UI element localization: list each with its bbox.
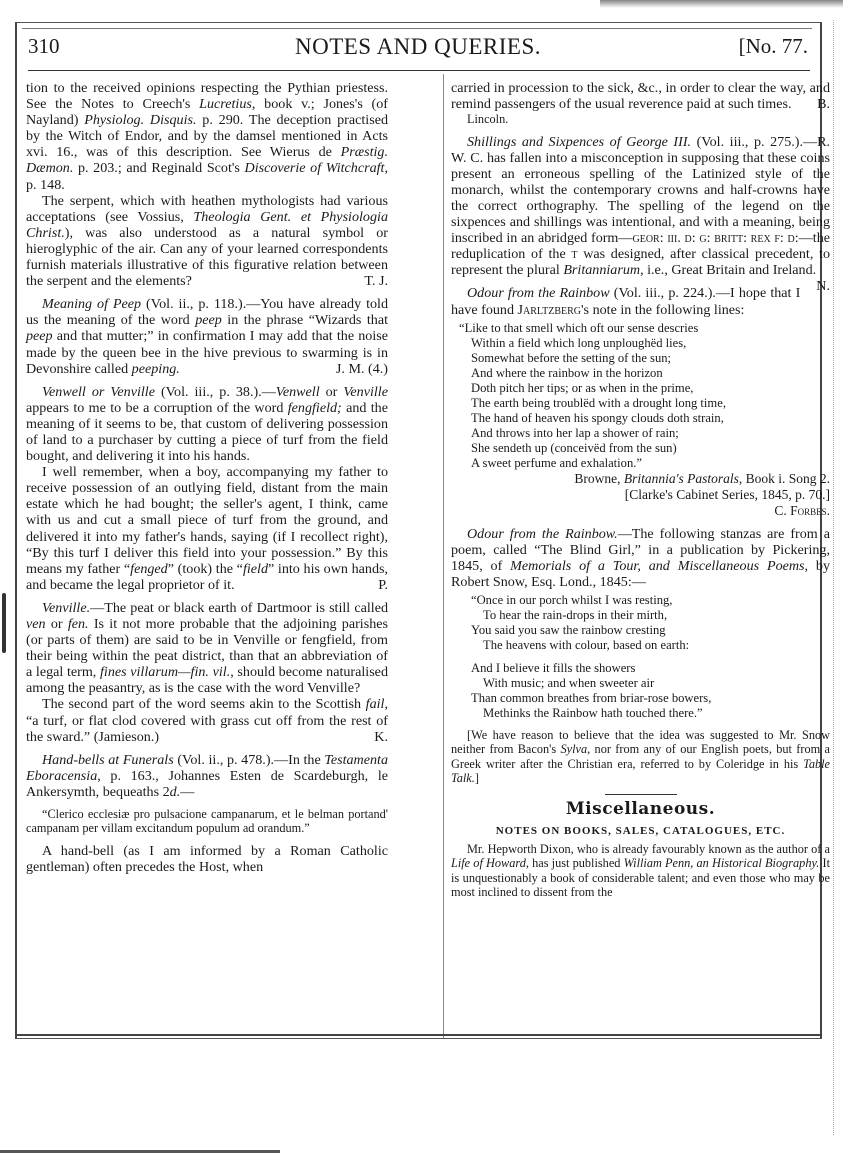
verse-line: Within a field which long unploughëd lie…	[459, 336, 830, 351]
page-header: 310 NOTES AND QUERIES. [No. 77.	[28, 34, 808, 64]
text-span: or	[320, 384, 344, 400]
signature: B.	[817, 96, 830, 112]
verse-line: Doth pitch her tips; or as when in the p…	[459, 381, 830, 396]
text-span: (Vol. ii., p. 478.).—In the	[174, 752, 325, 768]
text-span: or	[46, 616, 68, 632]
article-title: Shillings and Sixpences of George III.	[467, 134, 691, 150]
text-span: ), was also understood as a natural symb…	[26, 225, 388, 289]
left-column: tion to the received opinions respecting…	[26, 80, 388, 875]
text-span: The second part of the word seems akin t…	[42, 696, 366, 712]
page-edge-right	[833, 20, 834, 1135]
verse-line: And I believe it fills the showers	[459, 661, 830, 676]
verse-line: “Like to that smell which oft our sense …	[459, 321, 830, 336]
text-span: (Vol. iii., p. 38.).—	[155, 384, 276, 400]
text-span: Discoverie of Witchcraft	[245, 160, 385, 176]
page-edge-shadow	[600, 0, 843, 8]
latin-quote: “Clerico ecclesiæ pro pulsacione campana…	[26, 807, 388, 836]
paragraph-pythian: tion to the received opinions respecting…	[26, 80, 388, 193]
editor-note: [We have reason to believe that the idea…	[451, 728, 830, 786]
verse-line: You said you saw the rainbow cresting	[459, 623, 830, 638]
section-subheading: NOTES ON BOOKS, SALES, CATALOGUES, ETC.	[451, 823, 830, 839]
article-odour-from-rainbow: Odour from the Rainbow (Vol. iii., p. 22…	[451, 285, 830, 317]
column-divider	[443, 74, 444, 1038]
section-rule	[605, 794, 677, 795]
text-span: ven	[26, 616, 46, 632]
article-venwell: Venwell or Venville (Vol. iii., p. 38.).…	[26, 384, 388, 464]
article-title: Hand-bells at Funerals	[42, 752, 174, 768]
article-title: Venville.	[42, 600, 90, 616]
text-span: Browne,	[574, 471, 624, 486]
text-span: , has just published	[526, 856, 624, 870]
article-title: Venwell or Venville	[42, 384, 155, 400]
text-span: d.	[170, 784, 181, 800]
text-span: fail	[366, 696, 385, 712]
text-span: Venville	[343, 384, 388, 400]
text-span: Lucretius	[199, 96, 252, 112]
article-meaning-of-peep: Meaning of Peep (Vol. ii., p. 118.).—You…	[26, 296, 388, 376]
signature: P.	[362, 577, 388, 593]
paragraph-continued: carried in procession to the sick, &c., …	[451, 80, 830, 112]
text-span: Venwell	[276, 384, 320, 400]
paragraph-serpent: The serpent, which with heathen mytholog…	[26, 193, 388, 290]
text-span: —	[180, 784, 194, 800]
top-rule	[22, 28, 812, 29]
article-title: Odour from the Rainbow	[467, 285, 610, 301]
header-rule	[28, 70, 810, 71]
paragraph-remember: I well remember, when a boy, accompanyin…	[26, 464, 388, 593]
verse-line: “Once in our porch whilst I was resting,	[459, 593, 830, 608]
verse-line: With music; and when sweeter air	[459, 676, 830, 691]
binding-mark	[2, 593, 6, 653]
page-edge-bottom	[0, 1150, 280, 1153]
text-span: fen.	[68, 616, 89, 632]
text-span: Britannia's Pastorals	[624, 471, 739, 486]
text-span: Britanniarum	[563, 262, 640, 278]
text-span: field	[243, 561, 268, 577]
paragraph-second-part: The second part of the word seems akin t…	[26, 696, 388, 744]
text-span: 's note in the following lines:	[581, 302, 744, 318]
article-title: Meaning of Peep	[42, 296, 141, 312]
citation-browne: Browne, Britannia's Pastorals, Book i. S…	[451, 471, 830, 519]
verse-line: Somewhat before the setting of the sun;	[459, 351, 830, 366]
poem-browne: “Like to that smell which oft our sense …	[459, 321, 830, 471]
verse-line: The earth being troublëd with a drought …	[459, 396, 830, 411]
text-span: peep	[26, 328, 53, 344]
text-span: Sylva	[561, 742, 588, 756]
text-span: [Clarke's Cabinet Series, 1845, p. 70.]	[451, 487, 830, 503]
article-odour-from-rainbow-2: Odour from the Rainbow.—The following st…	[451, 526, 830, 590]
verse-line: To hear the rain-drops in their mirth,	[459, 608, 830, 623]
text-span: fenged	[130, 561, 168, 577]
signature: N.	[800, 278, 830, 294]
verse-line: And throws into her lap a shower of rain…	[459, 426, 830, 441]
paragraph-dixon: Mr. Hepworth Dixon, who is already favou…	[451, 842, 830, 900]
text-span: William Penn, an Historical Biography.	[624, 856, 820, 870]
article-venville: Venville.—The peat or black earth of Dar…	[26, 600, 388, 697]
verse-line: The hand of heaven his spongy clouds dot…	[459, 411, 830, 426]
text-span: ]	[475, 771, 479, 785]
text-span: Life of Howard	[451, 856, 526, 870]
text-span: in the phrase “Wizards that	[222, 312, 388, 328]
text-span: fengfield;	[288, 400, 342, 416]
text-span: ” (took) the “	[168, 561, 243, 577]
text-span: —The peat or black earth of Dartmoor is …	[90, 600, 388, 616]
verse-line: Methinks the Rainbow hath touched there.…	[459, 706, 830, 721]
text-span: Memorials of a Tour, and Miscellaneous P…	[510, 558, 804, 574]
verse-line: The heavens with colour, based on earth:	[459, 638, 830, 653]
article-hand-bells: Hand-bells at Funerals (Vol. ii., p. 478…	[26, 752, 388, 800]
text-span: Physiolog. Disquis.	[84, 112, 196, 128]
author-name: Jarltzberg	[518, 302, 581, 318]
coin-legend: geor: iii. d: g: britt: rex f: d:	[633, 230, 799, 246]
section-title: Miscellaneous.	[451, 801, 830, 817]
article-title: Odour from the Rainbow.	[467, 526, 618, 542]
bottom-rule	[16, 1034, 821, 1036]
signature: J. M. (4.)	[320, 361, 388, 377]
signature: K.	[358, 729, 388, 745]
text-span: carried in procession to the sick, &c., …	[451, 80, 830, 112]
right-column: carried in procession to the sick, &c., …	[451, 80, 830, 899]
issue-number: [No. 77.	[739, 34, 808, 59]
paragraph-hand-bell: A hand-bell (as I am informed by a Roman…	[26, 843, 388, 875]
article-shillings: Shillings and Sixpences of George III. (…	[451, 134, 830, 279]
running-title: NOTES AND QUERIES.	[28, 34, 808, 60]
verse-line: And where the rainbow in the horizon	[459, 366, 830, 381]
text-span: Mr. Hepworth Dixon, who is already favou…	[467, 842, 830, 856]
text-span: peep	[195, 312, 222, 328]
signature: C. Forbes.	[451, 503, 830, 519]
poem-blind-girl-stanza-1: “Once in our porch whilst I was resting,…	[459, 593, 830, 653]
place-lincoln: Lincoln.	[451, 112, 830, 126]
text-span: peeping.	[132, 361, 180, 377]
text-span: p. 203.; and Reginald Scot's	[73, 160, 244, 176]
text-span: , i.e., Great Britain and Ireland.	[640, 262, 816, 278]
text-span: appears to me to be a corruption of the …	[26, 400, 288, 416]
text-span: fines villarum—fin. vil.	[100, 664, 230, 680]
text-span: , Book i. Song 2.	[739, 471, 830, 486]
poem-blind-girl-stanza-2: And I believe it fills the showers With …	[459, 661, 830, 721]
verse-line: She sendeth up (conceivëd from the sun)	[459, 441, 830, 456]
verse-line: Than common breathes from briar-rose bow…	[459, 691, 830, 706]
verse-line: A sweet perfume and exhalation.”	[459, 456, 830, 471]
signature: T. J.	[348, 273, 388, 289]
